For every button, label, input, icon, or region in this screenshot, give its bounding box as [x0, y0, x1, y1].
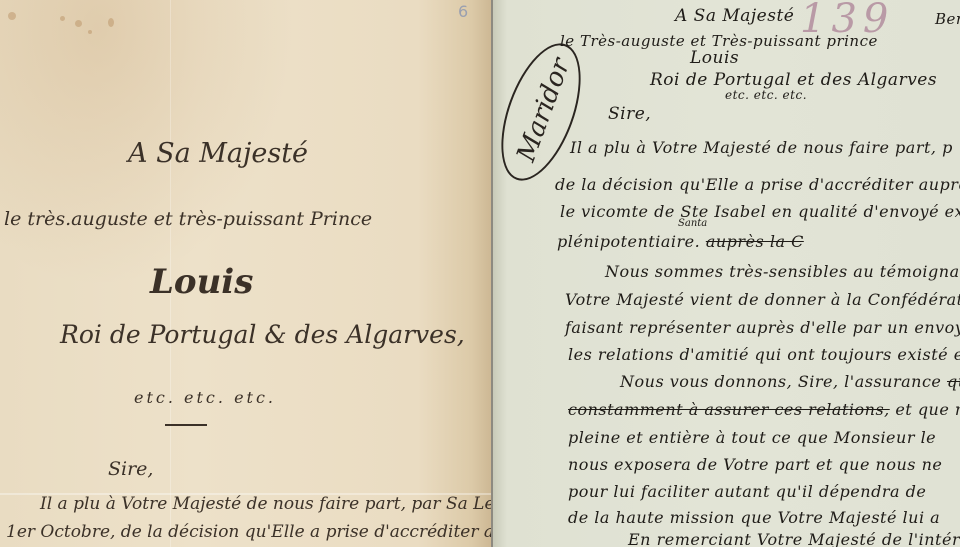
draft-recipient-name: Louis: [690, 48, 739, 68]
draft-insertion-santa: Santa: [678, 218, 707, 229]
draft-p2-line-1: Nous sommes très-sensibles au témoigna: [605, 262, 960, 281]
title-line: le très.auguste et très-puissant Prince: [4, 208, 372, 230]
draft-etc-line: etc. etc. etc.: [725, 88, 807, 102]
draft-p1-line-3: le vicomte de Ste Isabel en qualité d'en…: [560, 202, 960, 221]
draft-p3-line-5: pour lui faciliter autant qu'il dépendra…: [568, 482, 926, 501]
draft-p3-line-1: Nous vous donnons, Sire, l'assurance que: [620, 372, 960, 391]
separator-rule: [165, 424, 207, 426]
recipient-name: Louis: [150, 262, 253, 302]
body-line-1: Il a plu à Votre Majesté de nous faire p…: [40, 494, 491, 514]
salutation: Sire,: [108, 458, 153, 480]
address-line: A Sa Majesté: [128, 138, 308, 169]
draft-salutation: Sire,: [608, 104, 651, 124]
struck-text: auprès la C: [706, 232, 804, 251]
draft-p3-line-2: constamment à assurer ces relations, et …: [568, 400, 960, 419]
left-document-page: 6 A Sa Majesté le très.auguste et très-p…: [0, 0, 491, 547]
struck-text: constamment à assurer ces relations,: [568, 400, 890, 419]
draft-p2-line-4: les relations d'amitié qui ont toujours …: [568, 345, 960, 364]
draft-p1-line-4: plénipotentiaire. auprès la C: [557, 232, 804, 251]
draft-p3-line-4: nous exposera de Votre part et que nous …: [568, 455, 942, 474]
draft-p1-line-1: Il a plu à Votre Majesté de nous faire p…: [570, 138, 953, 157]
corner-note: Ber: [935, 10, 960, 28]
draft-p2-line-3: faisant représenter auprès d'elle par un…: [565, 318, 960, 337]
draft-p4-line-1: En remerciant Votre Majesté de l'intérê: [628, 530, 960, 547]
draft-p3-line-6: de la haute mission que Votre Majesté lu…: [568, 508, 940, 527]
draft-address-line: A Sa Majesté: [675, 6, 794, 26]
draft-p3-line-3: pleine et entière à tout ce que Monsieur…: [568, 428, 936, 447]
draft-realm-line: Roi de Portugal et des Algarves: [650, 70, 937, 90]
struck-text: que: [947, 372, 960, 391]
page-number: 6: [458, 2, 468, 21]
realm-line: Roi de Portugal & des Algarves,: [60, 320, 465, 349]
draft-p1-line-2: de la décision qu'Elle a prise d'accrédi…: [555, 175, 960, 194]
etc-line: etc. etc. etc.: [134, 388, 276, 407]
draft-p2-line-2: Votre Majesté vient de donner à la Confé…: [565, 290, 960, 309]
body-line-2: 1er Octobre, de la décision qu'Elle a pr…: [6, 522, 491, 542]
